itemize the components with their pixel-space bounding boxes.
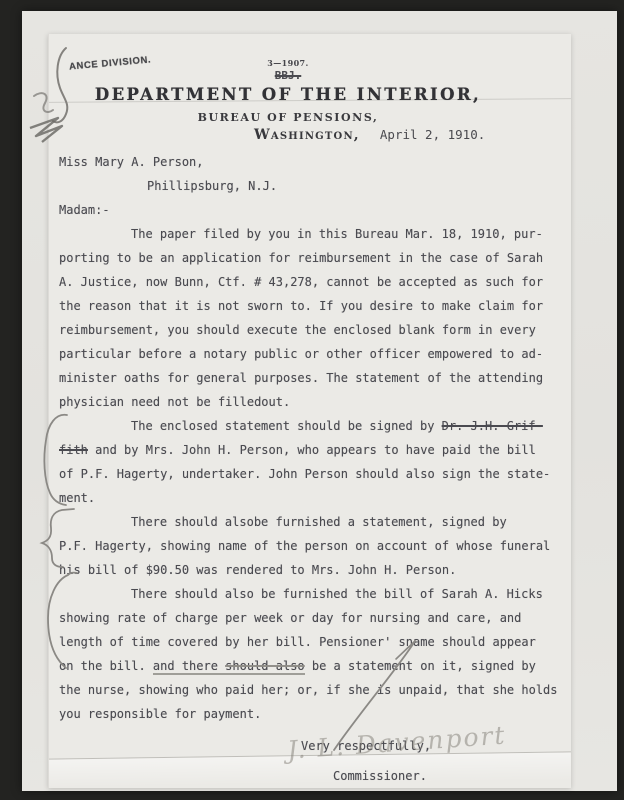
body-line: you responsible for payment. bbox=[59, 702, 564, 726]
body-line: the reason that it is not sworn to. If y… bbox=[59, 294, 564, 318]
form-number: 3—1907. bbox=[49, 58, 527, 68]
pencil-struck-text: should also bbox=[225, 659, 304, 675]
body-line: his bill of $90.50 was rendered to Mrs. … bbox=[59, 558, 564, 582]
body-text: on the bill. bbox=[59, 659, 153, 673]
body-line: length of time covered by her bill. Pens… bbox=[59, 630, 564, 654]
body-line: showing rate of charge per week or day f… bbox=[59, 606, 564, 630]
department-title: DEPARTMENT OF THE INTERIOR, bbox=[49, 85, 527, 104]
letter-date: April 2, 1910. bbox=[380, 127, 485, 142]
body-line: fith and by Mrs. John H. Person, who app… bbox=[59, 438, 564, 462]
recipient-name: Miss Mary A. Person, bbox=[59, 150, 564, 174]
valediction: Very respectfully, bbox=[59, 734, 564, 758]
struck-text: fith bbox=[59, 443, 88, 457]
letter-sheet: ANCE DIVISION. 3—1907. BBJ. DEPARTMENT O… bbox=[48, 34, 571, 788]
body-text: The enclosed statement should be signed … bbox=[131, 419, 442, 433]
body-line: on the bill. and there should also be a … bbox=[59, 654, 564, 678]
body-line: minister oaths for general purposes. The… bbox=[59, 366, 564, 390]
body-text: and by Mrs. John H. Person, who appears … bbox=[88, 443, 536, 457]
body-line: P.F. Hagerty, showing name of the person… bbox=[59, 534, 564, 558]
body-line: ment. bbox=[59, 486, 564, 510]
letter-body: Miss Mary A. Person, Phillipsburg, N.J. … bbox=[59, 150, 564, 788]
recipient-address: Phillipsburg, N.J. bbox=[59, 174, 564, 198]
body-line: porting to be an application for reimbur… bbox=[59, 246, 564, 270]
struck-text: Dr. J.H. Grif- bbox=[442, 419, 543, 433]
body-line: The paper filed by you in this Bureau Ma… bbox=[59, 222, 564, 246]
city-label: Washington, bbox=[254, 127, 360, 143]
body-line: A. Justice, now Bunn, Ctf. # 43,278, can… bbox=[59, 270, 564, 294]
body-line: The enclosed statement should be signed … bbox=[59, 414, 564, 438]
body-line: physician need not be filledout. bbox=[59, 390, 564, 414]
body-line: reimbursement, you should execute the en… bbox=[59, 318, 564, 342]
letterhead: 3—1907. BBJ. DEPARTMENT OF THE INTERIOR,… bbox=[49, 34, 527, 124]
clerk-initials-text: BBJ. bbox=[271, 69, 306, 82]
body-line: There should also be furnished the bill … bbox=[59, 582, 564, 606]
body-line: the nurse, showing who paid her; or, if … bbox=[59, 678, 564, 702]
body-line: of P.F. Hagerty, undertaker. John Person… bbox=[59, 462, 564, 486]
body-line: There should alsobe furnished a statemen… bbox=[59, 510, 564, 534]
clerk-initials-struck: BBJ. bbox=[49, 69, 527, 82]
salutation: Madam:- bbox=[59, 198, 564, 222]
bureau-title: BUREAU OF PENSIONS, bbox=[49, 111, 527, 124]
body-text: be a statement on it, signed by bbox=[305, 659, 536, 673]
scanned-letter-page: ANCE DIVISION. 3—1907. BBJ. DEPARTMENT O… bbox=[0, 0, 624, 800]
body-line: particular before a notary public or oth… bbox=[59, 342, 564, 366]
signer-title: Commissioner. bbox=[59, 764, 564, 788]
dateline: Washington, April 2, 1910. bbox=[254, 127, 485, 143]
pencil-underlined-text: and there bbox=[153, 659, 225, 675]
